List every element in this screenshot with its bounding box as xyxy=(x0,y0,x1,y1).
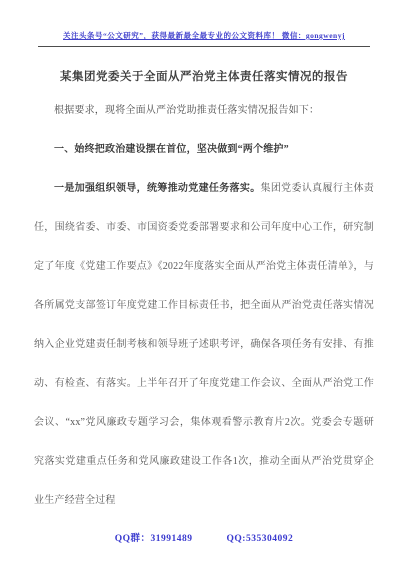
footer-qq-group: QQ群：31991489 xyxy=(115,530,193,544)
intro-paragraph: 根据要求，现将全面从严治党助推责任落实情况报告如下： xyxy=(34,91,374,130)
document-page: 关注头条号“公文研究”，获得最新最全最专业的公文资料库！ 微信：gongweny… xyxy=(0,0,408,580)
header-promo-text: 关注头条号“公文研究”，获得最新最全最专业的公文资料库！ 微信：gongweny… xyxy=(63,31,345,40)
point-1-paragraph: 一是加强组织领导，统筹推动党建任务落实。集团党委认真履行主体责任，围绕省委、市委… xyxy=(34,169,374,520)
page-footer: QQ群：31991489QQ:535304092 xyxy=(0,530,408,544)
footer-qq: QQ:535304092 xyxy=(227,534,294,544)
point-1-lead: 一是加强组织领导，统筹推动党建任务落实。 xyxy=(54,183,261,194)
point-1-body: 集团党委认真履行主体责任，围绕省委、市委、市国资委党委部署要求和公司年度中心工作… xyxy=(34,183,374,506)
document-body: 根据要求，现将全面从严治党助推责任落实情况报告如下： 一、始终把政治建设摆在首位… xyxy=(34,91,374,520)
document-title: 某集团党委关于全面从严治党主体责任落实情况的报告 xyxy=(30,69,378,85)
section-heading-1: 一、始终把政治建设摆在首位，坚决做到“两个维护” xyxy=(34,130,374,169)
header-rule xyxy=(38,46,370,47)
page-header: 关注头条号“公文研究”，获得最新最全最专业的公文资料库！ 微信：gongweny… xyxy=(38,0,370,43)
